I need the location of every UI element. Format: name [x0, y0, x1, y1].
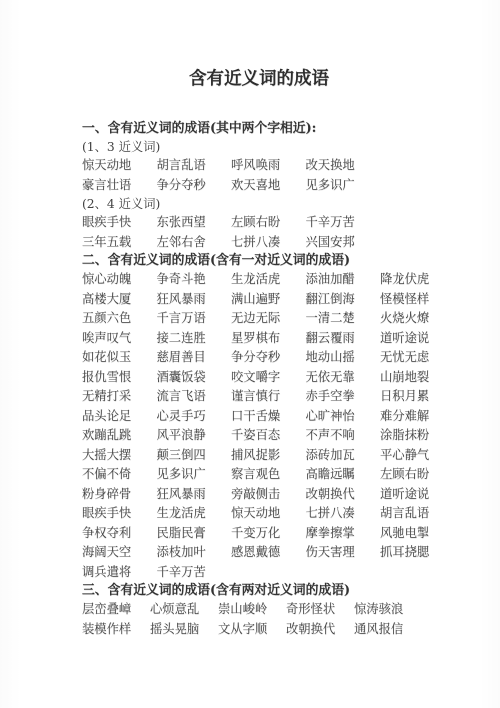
idiom-row: 报仇雪恨酒囊饭袋咬文嚼字无依无靠山崩地裂 [82, 368, 436, 388]
idiom: 颠三倒四 [157, 446, 232, 466]
idiom: 日积月累 [380, 387, 455, 407]
idiom: 争奇斗艳 [157, 270, 232, 290]
idiom-row: 大摇大摆颠三倒四捕风捉影添砖加瓦平心静气 [82, 446, 436, 466]
idiom: 狂风暴雨 [157, 290, 232, 310]
idiom: 谨言慎行 [231, 387, 306, 407]
idiom: 降龙伏虎 [380, 270, 455, 290]
idiom: 见多识广 [306, 176, 381, 196]
idiom: 流言飞语 [157, 387, 232, 407]
idiom: 翻江倒海 [306, 290, 381, 310]
idiom-row: 欢蹦乱跳风平浪静千姿百态不声不响涂脂抹粉 [82, 426, 436, 446]
idiom: 道听途说 [380, 329, 455, 349]
sections: 一、含有近义词的成语(其中两个字相近):(1、3 近义词)惊天动地胡言乱语呼风唤… [82, 120, 436, 639]
section-heading: 二、含有近义词的成语(含有一对近义词的成语) [82, 252, 436, 270]
idiom: 左邻右舍 [157, 233, 232, 253]
idiom: 争分夺秒 [157, 176, 232, 196]
idiom: 争分夺秒 [231, 348, 306, 368]
idiom: 海阔天空 [82, 543, 157, 563]
idiom: 风平浪静 [157, 426, 232, 446]
idiom-row: 高楼大厦狂风暴雨满山遍野翻江倒海怪模怪样 [82, 290, 436, 310]
idiom-row: 装模作样摇头晃脑文从字顺改朝换代通风报信 [82, 620, 436, 640]
subgroup-label: (2、4 近义词) [82, 195, 436, 213]
idiom: 装模作样 [82, 620, 150, 640]
section-heading: 一、含有近义词的成语(其中两个字相近): [82, 120, 436, 138]
idiom: 改朝换代 [306, 485, 381, 505]
idiom: 难分难解 [380, 407, 455, 427]
idiom: 心灵手巧 [157, 407, 232, 427]
idiom: 心烦意乱 [150, 600, 218, 620]
section-1: 一、含有近义词的成语(其中两个字相近):(1、3 近义词)惊天动地胡言乱语呼风唤… [82, 120, 436, 252]
idiom: 三年五载 [82, 233, 157, 253]
idiom: 报仇雪恨 [82, 368, 157, 388]
idiom-row: 惊心动魄争奇斗艳生龙活虎添油加醋降龙伏虎 [82, 270, 436, 290]
idiom: 东张西望 [157, 213, 232, 233]
idiom: 如花似玉 [82, 348, 157, 368]
subgroup-label: (1、3 近义词) [82, 138, 436, 156]
idiom-row: 五颜六色千言万语无边无际一清二楚火烧火燎 [82, 309, 436, 329]
idiom: 风驰电掣 [380, 524, 455, 544]
idiom: 不偏不倚 [82, 465, 157, 485]
idiom: 涂脂抹粉 [380, 426, 455, 446]
page-title: 含有近义词的成语 [82, 66, 436, 93]
idiom: 添砖加瓦 [306, 446, 381, 466]
idiom: 生龙活虎 [231, 270, 306, 290]
idiom: 慈眉善目 [157, 348, 232, 368]
idiom-row: 豪言壮语争分夺秒欢天喜地见多识广 [82, 176, 436, 196]
idiom: 摇头晃脑 [150, 620, 218, 640]
idiom: 酒囊饭袋 [157, 368, 232, 388]
idiom-row: 如花似玉慈眉善目争分夺秒地动山摇无忧无虑 [82, 348, 436, 368]
idiom: 改天换地 [306, 156, 381, 176]
idiom-row: 品头论足心灵手巧口干舌燥心旷神怡难分难解 [82, 407, 436, 427]
idiom: 星罗棋布 [231, 329, 306, 349]
idiom-row: 眼疾手快东张西望左顾右盼千辛万苦 [82, 213, 436, 233]
idiom: 争权夺利 [82, 524, 157, 544]
idiom: 千言万语 [157, 309, 232, 329]
idiom: 察言观色 [231, 465, 306, 485]
idiom: 高楼大厦 [82, 290, 157, 310]
section-2: 二、含有近义词的成语(含有一对近义词的成语)惊心动魄争奇斗艳生龙活虎添油加醋降龙… [82, 252, 436, 582]
idiom: 平心静气 [380, 446, 455, 466]
idiom: 五颜六色 [82, 309, 157, 329]
idiom: 左顾右盼 [380, 465, 455, 485]
idiom: 左顾右盼 [231, 213, 306, 233]
idiom-row: 层峦叠嶂心烦意乱崇山峻岭奇形怪状惊涛骇浪 [82, 600, 436, 620]
idiom: 惊天动地 [231, 504, 306, 524]
idiom: 文从字顺 [218, 620, 286, 640]
idiom: 添枝加叶 [157, 543, 232, 563]
idiom: 感恩戴德 [231, 543, 306, 563]
idiom: 粉身碎骨 [82, 485, 157, 505]
idiom: 高瞻远瞩 [306, 465, 381, 485]
idiom: 欢天喜地 [231, 176, 306, 196]
idiom: 千辛万苦 [306, 213, 381, 233]
idiom: 崇山峻岭 [218, 600, 286, 620]
idiom: 无精打采 [82, 387, 157, 407]
idiom: 生龙活虎 [157, 504, 232, 524]
idiom-row: 三年五载左邻右舍七拼八凑兴国安邦 [82, 233, 436, 253]
idiom: 七拼八凑 [231, 233, 306, 253]
idiom: 赤手空拳 [306, 387, 381, 407]
idiom: 大摇大摆 [82, 446, 157, 466]
idiom: 抓耳挠腮 [380, 543, 455, 563]
idiom: 惊心动魄 [82, 270, 157, 290]
idiom: 捕风捉影 [231, 446, 306, 466]
idiom: 欢蹦乱跳 [82, 426, 157, 446]
idiom: 通风报信 [354, 620, 422, 640]
idiom: 旁敲侧击 [231, 485, 306, 505]
idiom: 不声不响 [306, 426, 381, 446]
idiom: 调兵遣将 [82, 563, 157, 583]
idiom-row: 调兵遣将千辛万苦 [82, 563, 436, 583]
idiom: 民脂民膏 [157, 524, 232, 544]
idiom: 千姿百态 [231, 426, 306, 446]
idiom: 咬文嚼字 [231, 368, 306, 388]
idiom: 品头论足 [82, 407, 157, 427]
idiom-row: 惊天动地胡言乱语呼风唤雨改天换地 [82, 156, 436, 176]
idiom-row: 眼疾手快生龙活虎惊天动地七拼八凑胡言乱语 [82, 504, 436, 524]
idiom: 火烧火燎 [380, 309, 455, 329]
idiom: 狂风暴雨 [157, 485, 232, 505]
idiom-row: 唉声叹气接二连胜星罗棋布翻云覆雨道听途说 [82, 329, 436, 349]
idiom-row: 海阔天空添枝加叶感恩戴德伤天害理抓耳挠腮 [82, 543, 436, 563]
idiom: 无忧无虑 [380, 348, 455, 368]
idiom: 胡言乱语 [157, 156, 232, 176]
idiom: 层峦叠嶂 [82, 600, 150, 620]
document-page: 含有近义词的成语 一、含有近义词的成语(其中两个字相近):(1、3 近义词)惊天… [0, 0, 500, 708]
idiom-row: 不偏不倚见多识广察言观色高瞻远瞩左顾右盼 [82, 465, 436, 485]
idiom: 七拼八凑 [306, 504, 381, 524]
idiom: 无边无际 [231, 309, 306, 329]
idiom-row: 无精打采流言飞语谨言慎行赤手空拳日积月累 [82, 387, 436, 407]
idiom: 怪模怪样 [380, 290, 455, 310]
idiom: 兴国安邦 [306, 233, 381, 253]
idiom: 添油加醋 [306, 270, 381, 290]
idiom: 无依无靠 [306, 368, 381, 388]
idiom: 伤天害理 [306, 543, 381, 563]
idiom: 豪言壮语 [82, 176, 157, 196]
idiom: 满山遍野 [231, 290, 306, 310]
idiom: 惊涛骇浪 [354, 600, 422, 620]
idiom: 胡言乱语 [380, 504, 455, 524]
idiom: 见多识广 [157, 465, 232, 485]
idiom: 山崩地裂 [380, 368, 455, 388]
idiom: 改朝换代 [286, 620, 354, 640]
idiom: 奇形怪状 [286, 600, 354, 620]
idiom: 眼疾手快 [82, 213, 157, 233]
idiom: 地动山摇 [306, 348, 381, 368]
idiom: 口干舌燥 [231, 407, 306, 427]
idiom: 接二连胜 [157, 329, 232, 349]
idiom: 一清二楚 [306, 309, 381, 329]
idiom: 呼风唤雨 [231, 156, 306, 176]
section-heading: 三、含有近义词的成语(含有两对近义词的成语) [82, 582, 436, 600]
idiom: 摩拳擦掌 [306, 524, 381, 544]
idiom: 千变万化 [231, 524, 306, 544]
idiom-row: 争权夺利民脂民膏千变万化摩拳擦掌风驰电掣 [82, 524, 436, 544]
idiom: 眼疾手快 [82, 504, 157, 524]
idiom: 翻云覆雨 [306, 329, 381, 349]
idiom: 唉声叹气 [82, 329, 157, 349]
idiom: 惊天动地 [82, 156, 157, 176]
idiom: 道听途说 [380, 485, 455, 505]
idiom-row: 粉身碎骨狂风暴雨旁敲侧击改朝换代道听途说 [82, 485, 436, 505]
idiom: 千辛万苦 [157, 563, 232, 583]
idiom: 心旷神怡 [306, 407, 381, 427]
section-3: 三、含有近义词的成语(含有两对近义词的成语)层峦叠嶂心烦意乱崇山峻岭奇形怪状惊涛… [82, 582, 436, 639]
